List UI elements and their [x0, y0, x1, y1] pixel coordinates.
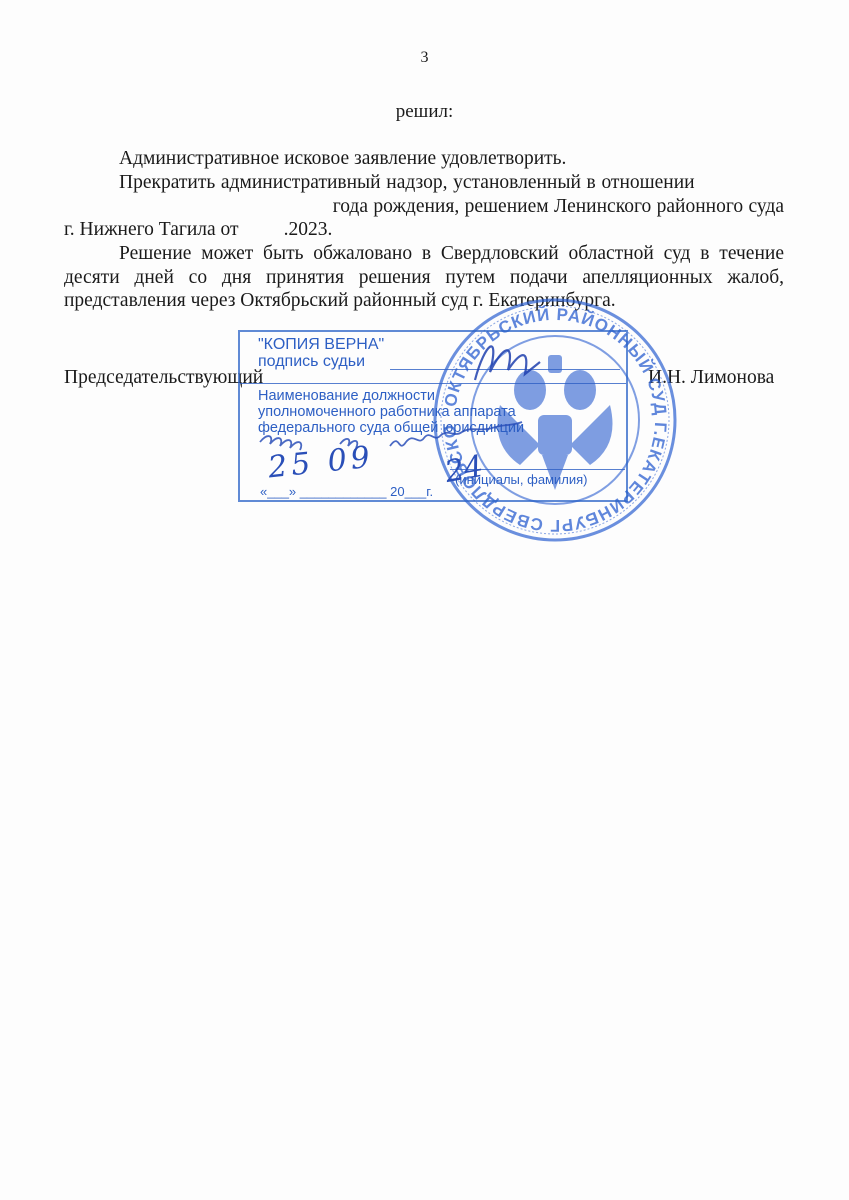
- signature-role: Председательствующий: [64, 367, 263, 389]
- document-page: 3 решил: Административное исковое заявле…: [0, 0, 849, 1200]
- redacted-decision-date: 2. . .: [243, 219, 283, 240]
- certified-copy-stamp: "КОПИЯ ВЕРНА" подпись судьи Наименование…: [238, 330, 628, 502]
- decision-heading: решил:: [0, 101, 849, 123]
- paragraph-text: .2023.: [284, 219, 333, 240]
- redacted-birth-date: 1. . . .9: [263, 196, 327, 217]
- paragraph-terminate-supervision: Прекратить административный надзор, уста…: [64, 171, 784, 242]
- page-number: 3: [0, 49, 849, 67]
- handwritten-signature-icon: [240, 332, 630, 504]
- paragraph-text: Прекратить административный надзор, уста…: [119, 172, 695, 193]
- paragraph-claim-granted: Административное исковое заявление удовл…: [64, 147, 784, 171]
